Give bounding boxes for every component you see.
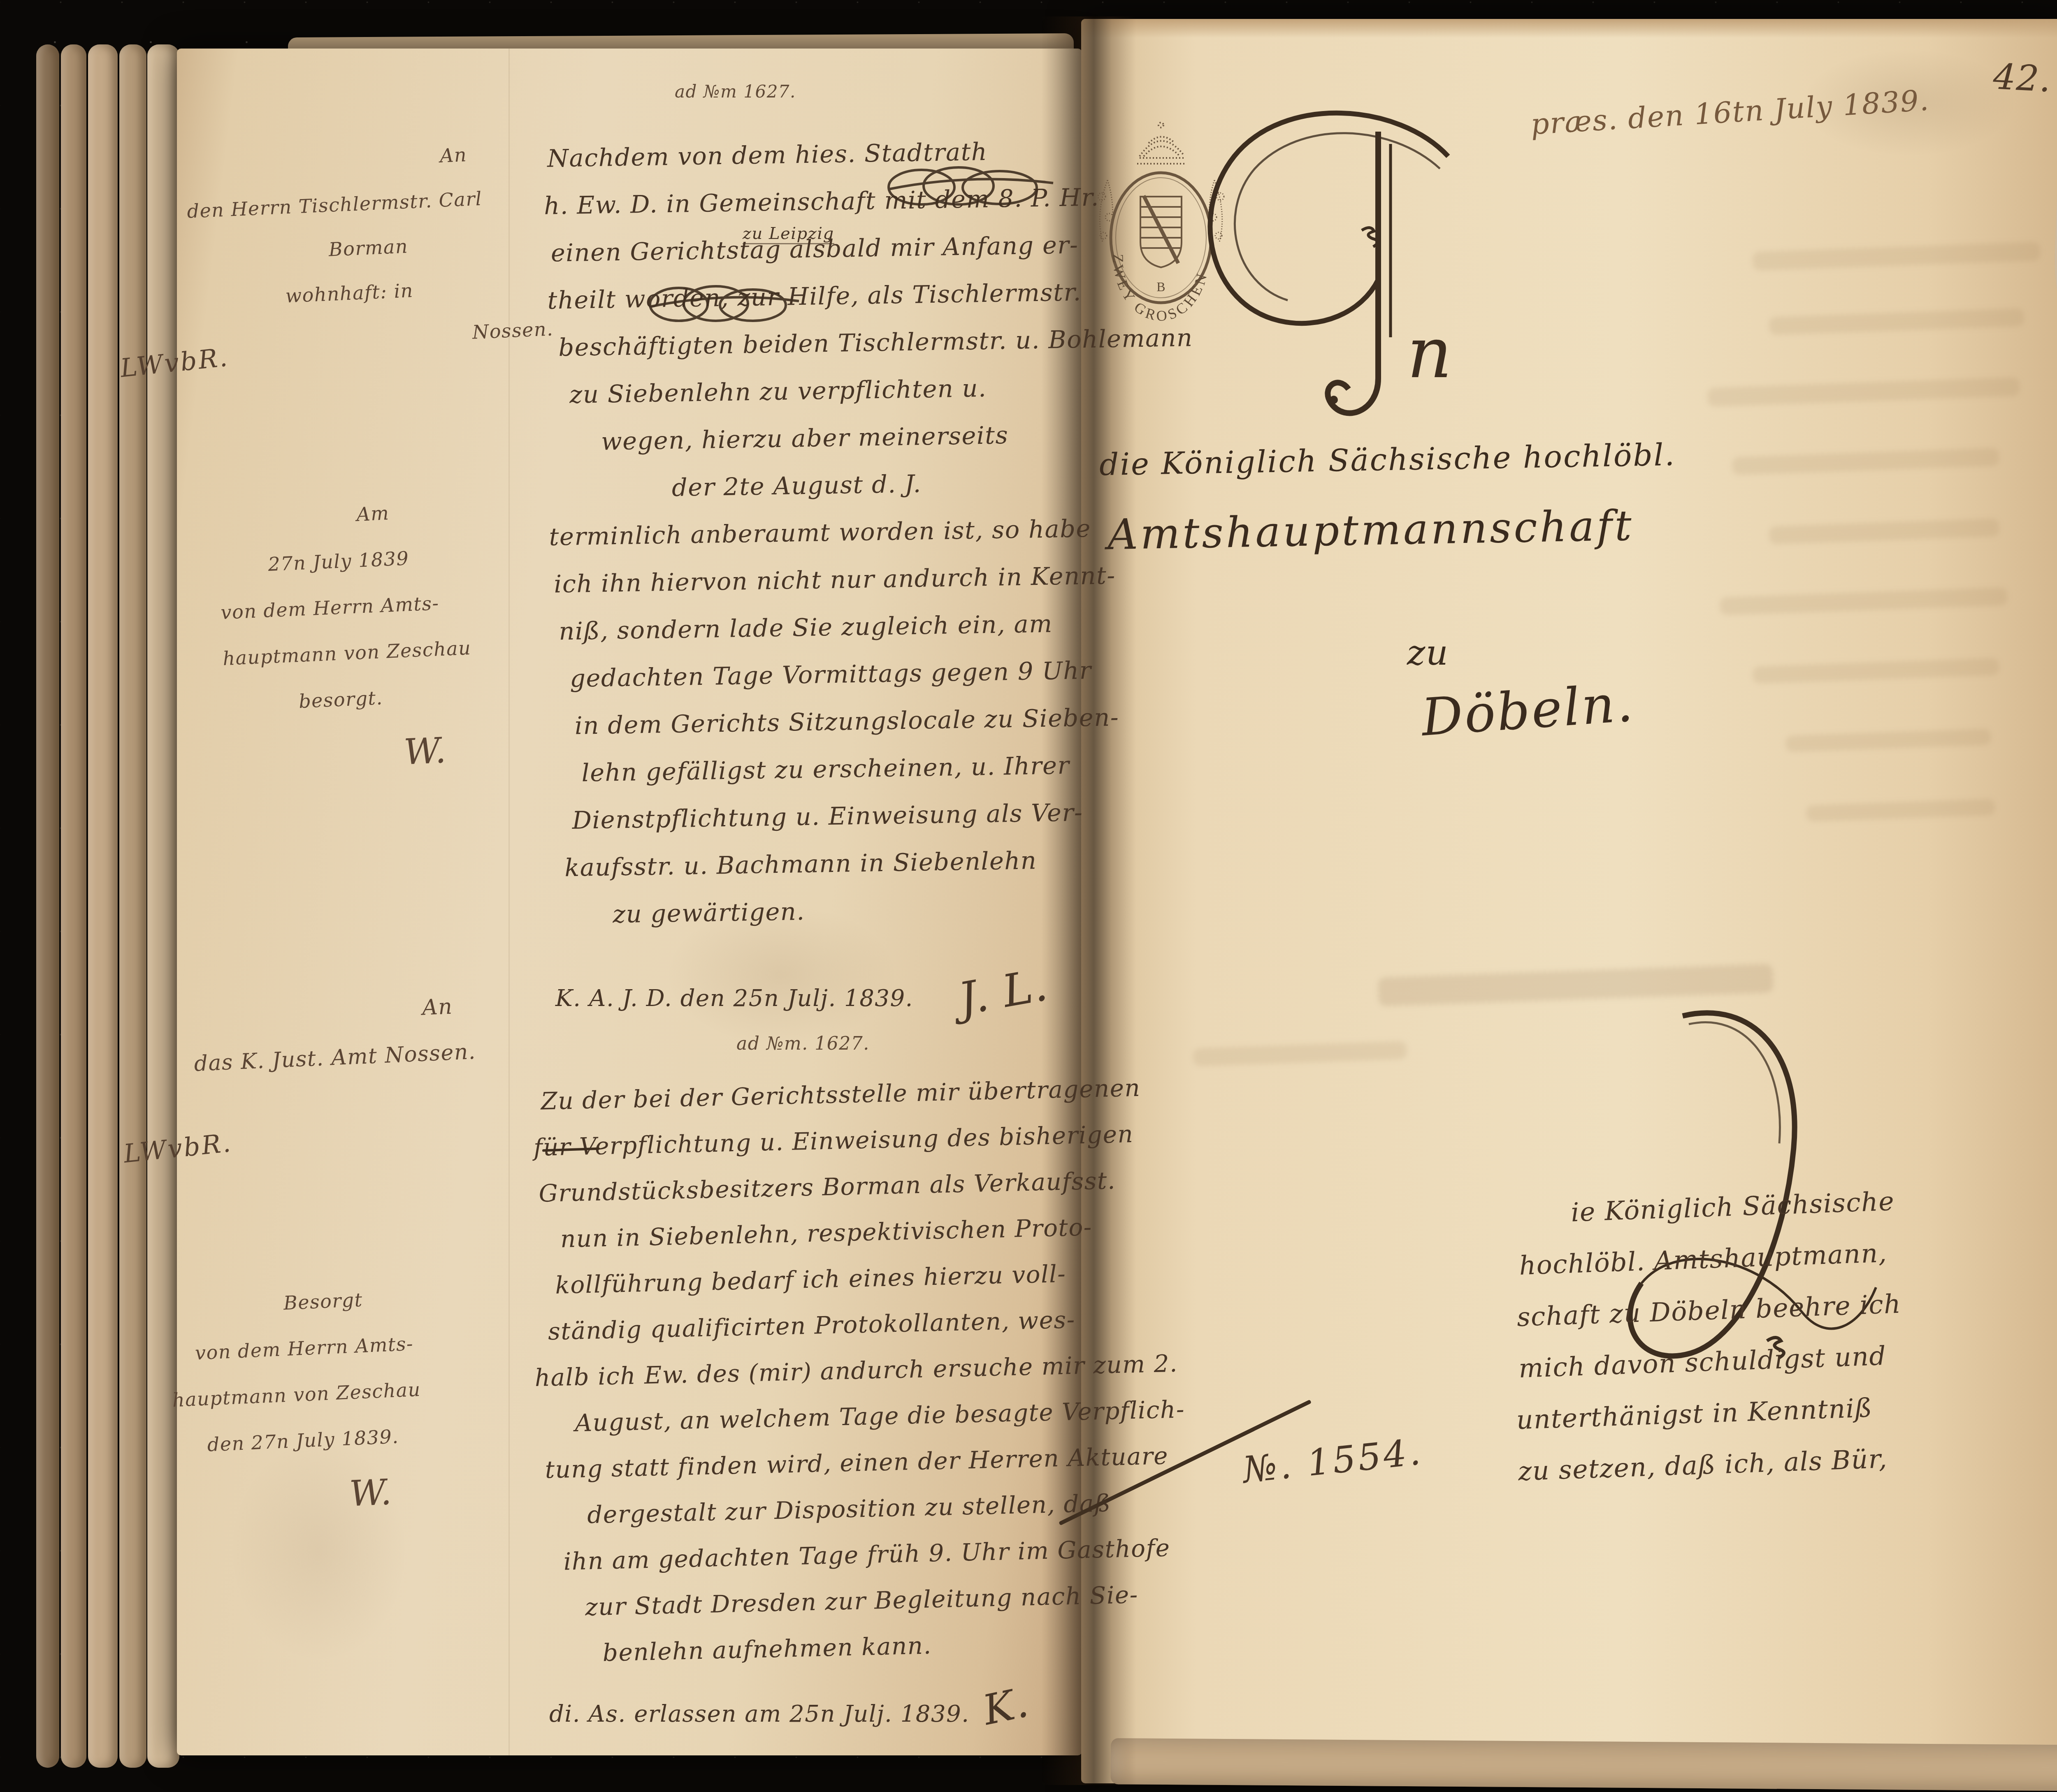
handwriting-line: wegen, hierzu aber meinerseits [601,419,1108,474]
handwriting-line: zu Siebenlehn zu verpflichten u. [569,372,1107,427]
address-line-zu: zu [1407,633,1449,673]
margin-line: W. [403,729,477,778]
margin-note-sent: Besorgtvon dem Herrn Amts-hauptmann von … [168,1286,426,1527]
margin-address-recipient-2: Andas K. Just. Amt Nossen. [191,993,477,1098]
margin-line: An [439,140,547,189]
handwriting-line: in dem Gerichts Sitzungslocale zu Sieben… [574,703,1112,758]
margin-line: Besorgt [283,1286,418,1338]
bottom-page-edges [1111,1738,2057,1792]
margin-line: W. [348,1470,426,1520]
handwriting-line: beschäftigten beiden Tischlermstr. u. Bo… [558,325,1106,380]
calligraphic-initial-An [1185,107,1481,477]
letter-draft-1: Nachdem von dem hies. Stadtrathh. Ew. D.… [543,135,1115,948]
page-edge [119,44,146,1768]
page-edge [61,44,86,1768]
left-page-edge-stack [0,44,181,1768]
letter-body: ie Königlich Sächsischehochlöbl. Amtshau… [1509,1186,1908,1508]
margin-line: Am [356,498,467,549]
file-reference-1: ad №m 1627. [675,81,796,102]
initial-An-minuscule: n [1407,313,1453,394]
handwriting-line: kaufsstr. u. Bachmann in Siebenlehn [564,845,1114,901]
margin-line: besorgt. [298,683,475,736]
margin-line: 27n July 1839 [267,545,469,599]
page-edge [88,44,118,1768]
interlinear-insertion: zu Leipzig [743,224,834,244]
crossed-out-word [885,160,1057,214]
dateline-entry-2: di. As. erlassen am 25n Julj. 1839. [549,1701,969,1727]
letter-draft-2: Zu der bei der Gerichtsstelle mir übertr… [528,1074,1126,1686]
margin-line: An [422,993,475,1041]
page-edge [36,44,59,1768]
handwriting-line: ich ihn hiervon nicht nur andurch in Ken… [554,561,1110,617]
dateline-entry-1: K. A. J. D. den 25n Julj. 1839. [555,985,913,1012]
stamp-mint-letter: B [1156,279,1165,294]
handwriting-line: zu gewärtigen. [613,892,1115,947]
margin-note-received: Am27n July 1839von dem Herrn Amts-hauptm… [216,498,477,786]
address-line-2: Amtshauptmannschaft [1107,501,1634,559]
archive-page-number: 42. [1992,56,2052,100]
handwriting-line: Dienstpflichtung u. Einweisung als Ver- [572,797,1114,853]
handwriting-line: der 2te August d. J. [671,466,1108,521]
handwriting-line: lehn gefälligst zu erscheinen, u. Ihrer [581,750,1113,806]
page-edge [147,44,179,1768]
crossed-out-word [646,280,802,329]
margin-address-recipient: Anden Herrn Tischlermstr. CarlBormanwohn… [176,140,555,378]
handwriting-line: theilt worden, zur Hilfe, als Tischlerms… [547,277,1105,333]
dateline-paraphe: K. [979,1678,1033,1734]
file-reference-2: ad №m. 1627. [736,1033,870,1054]
margin-line: Nossen. [472,318,555,365]
archival-book-scan: ad №m 1627. Anden Herrn Tischlermstr. Ca… [0,0,2057,1792]
handwriting-line: terminlich anberaumt worden ist, so habe [549,514,1109,570]
handwriting-line: gedachten Tage Vormittags gegen 9 Uhr [570,656,1112,712]
handwriting-line: niß, sondern lade Sie zugleich ein, am [559,608,1111,664]
